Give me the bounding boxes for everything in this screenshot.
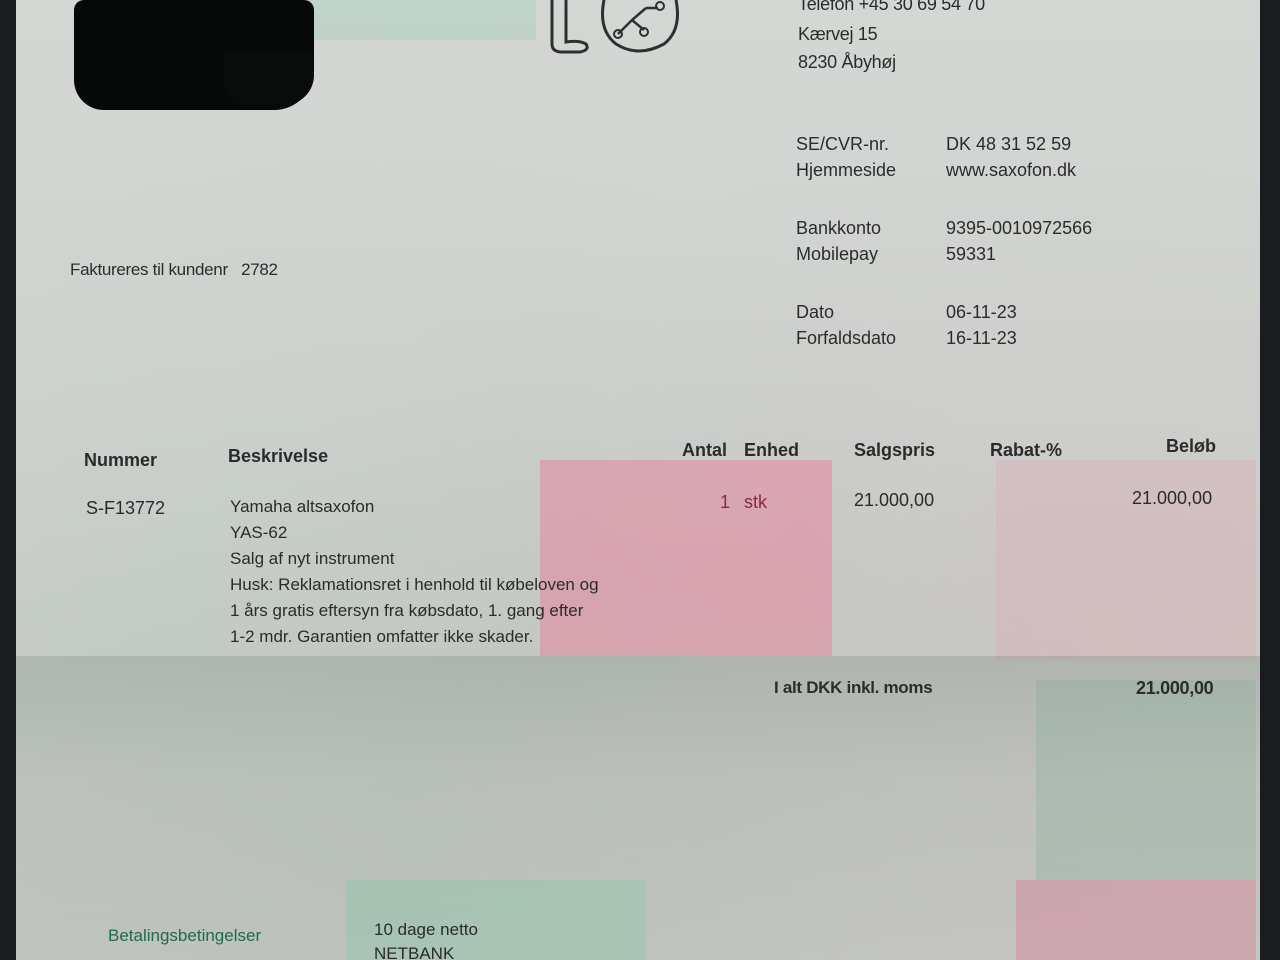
desc-line: YAS-62 — [230, 520, 599, 546]
bank-label: Bankkonto — [796, 218, 946, 239]
row-description: Yamaha altsaxofon YAS-62 Salg af nyt ins… — [230, 494, 599, 650]
detail-bank-account: Bankkonto9395-0010972566 — [796, 218, 1092, 239]
header-discount: Rabat-% — [990, 440, 1062, 461]
header-description: Beskrivelse — [228, 446, 328, 467]
phone-value: +45 30 69 54 70 — [859, 0, 985, 14]
detail-date: Dato06-11-23 — [796, 302, 1017, 323]
payment-terms-value: 10 dage netto — [374, 920, 478, 940]
header-quantity: Antal — [682, 440, 727, 461]
detail-website: Hjemmesidewww.saxofon.dk — [796, 160, 1076, 181]
phone-label: Telefon — [798, 0, 854, 14]
desc-line: Yamaha altsaxofon — [230, 494, 599, 520]
payment-method-value: NETBANK — [374, 944, 454, 960]
company-city: 8230 Åbyhøj — [798, 52, 896, 73]
header-amount: Beløb — [1166, 436, 1216, 457]
mobilepay-label: Mobilepay — [796, 244, 946, 265]
desc-line: 1 års gratis eftersyn fra købsdato, 1. g… — [230, 598, 599, 624]
header-unit: Enhed — [744, 440, 799, 461]
company-street: Kærvej 15 — [798, 24, 877, 45]
row-number: S-F13772 — [86, 498, 165, 519]
mobilepay-value: 59331 — [946, 244, 996, 265]
cvr-value: DK 48 31 52 59 — [946, 134, 1071, 155]
due-date-value: 16-11-23 — [946, 328, 1017, 349]
desc-line: Husk: Reklamationsret i henhold til købe… — [230, 572, 599, 598]
paper-fold-shadow — [16, 656, 1260, 960]
due-date-label: Forfaldsdato — [796, 328, 946, 349]
date-value: 06-11-23 — [946, 302, 1017, 323]
row-price: 21.000,00 — [854, 490, 934, 511]
invoice-paper: Telefon +45 30 69 54 70 Kærvej 15 8230 Å… — [16, 0, 1260, 960]
bank-value: 9395-0010972566 — [946, 218, 1092, 239]
payment-terms-label: Betalingsbetingelser — [108, 926, 261, 946]
header-price: Salgspris — [854, 440, 935, 461]
customer-line: Faktureres til kundenr 2782 — [70, 260, 278, 280]
cvr-label: SE/CVR-nr. — [796, 134, 946, 155]
customer-label: Faktureres til kundenr — [70, 260, 228, 279]
row-quantity: 1 — [720, 492, 730, 513]
company-phone: Telefon +45 30 69 54 70 — [798, 0, 985, 15]
row-amount: 21.000,00 — [1132, 488, 1212, 509]
website-label: Hjemmeside — [796, 160, 946, 181]
row-unit: stk — [744, 492, 767, 513]
detail-mobilepay: Mobilepay59331 — [796, 244, 996, 265]
detail-due-date: Forfaldsdato16-11-23 — [796, 328, 1017, 349]
total-value: 21.000,00 — [1136, 678, 1213, 699]
saxophone-logo-icon — [546, 0, 706, 60]
header-number: Nummer — [84, 450, 157, 471]
total-label: I alt DKK inkl. moms — [774, 678, 932, 698]
finger-obstruction — [74, 0, 314, 110]
website-value: www.saxofon.dk — [946, 160, 1076, 181]
desc-line: Salg af nyt instrument — [230, 546, 599, 572]
desc-line: 1-2 mdr. Garantien omfatter ikke skader. — [230, 624, 599, 650]
customer-number: 2782 — [241, 260, 278, 279]
detail-cvr: SE/CVR-nr.DK 48 31 52 59 — [796, 134, 1071, 155]
date-label: Dato — [796, 302, 946, 323]
